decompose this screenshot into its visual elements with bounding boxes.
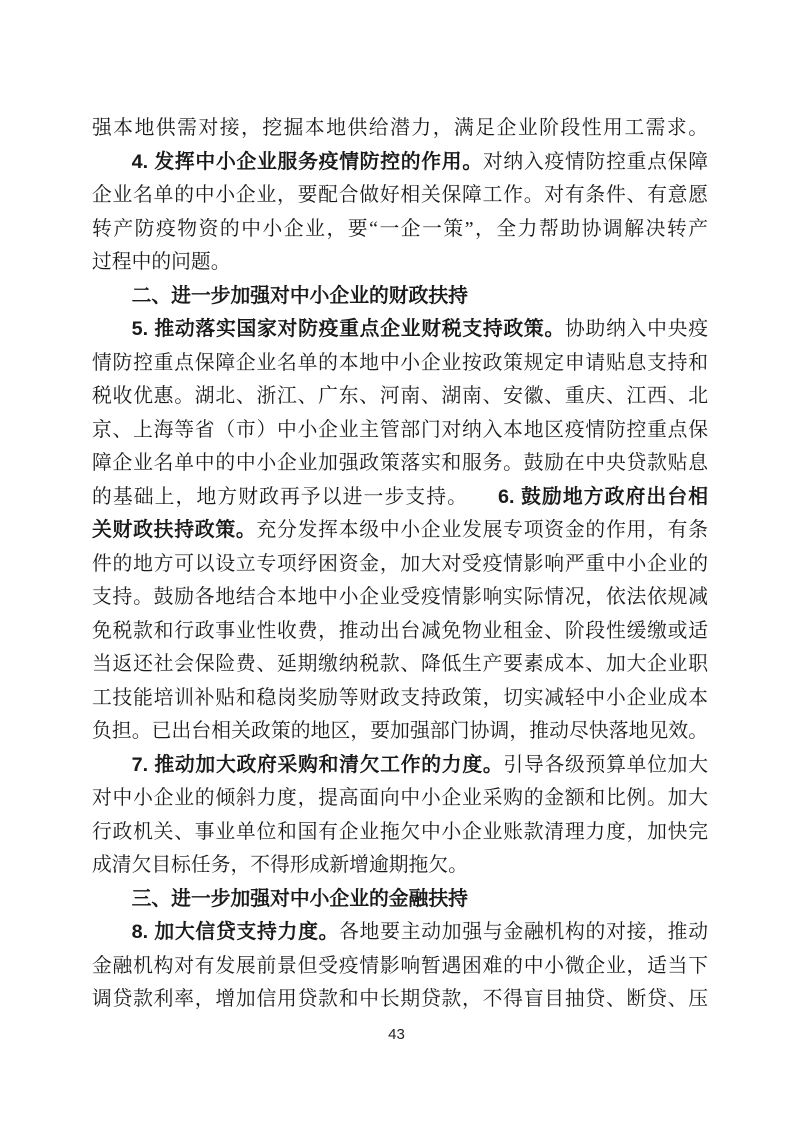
- body-text-segment: 情防控重点保障企业名单的本地中小企业按政策规定申请贴息支持和: [92, 352, 708, 374]
- text-line: 4. 发挥中小企业服务疫情防控的作用。对纳入疫情防控重点保障: [92, 146, 708, 180]
- text-line: 三、进一步加强对中小企业的金融扶持: [92, 883, 708, 917]
- body-text-segment: 工技能培训补贴和稳岗奖励等财政支持政策，切实减轻中小企业成本: [92, 687, 708, 709]
- body-text-segment: 调贷款利率，增加信用贷款和中长期贷款，不得盲目抽贷、断贷、压: [92, 988, 708, 1010]
- body-text-segment: 支持。鼓励各地结合本地中小企业受疫情影响实际情况，依法依规减: [92, 586, 708, 608]
- page-number: 43: [0, 1026, 793, 1043]
- text-line: 京、上海等省（市）中小企业主管部门对纳入本地区疫情防控重点保: [92, 414, 708, 448]
- body-text-segment: 京、上海等省（市）中小企业主管部门对纳入本地区疫情防控重点保: [92, 419, 708, 441]
- body-text-segment: 充分发挥本级中小企业发展专项资金的作用，有条: [256, 519, 708, 541]
- bold-text-segment: 关财政扶持政策。: [92, 519, 256, 541]
- body-text-segment: 企业名单的中小企业，要配合做好相关保障工作。对有条件、有意愿: [92, 184, 708, 206]
- text-line: 金融机构对有发展前景但受疫情影响暂遇困难的中小微企业，适当下: [92, 950, 708, 984]
- bold-text-segment: 4. 发挥中小企业服务疫情防控的作用。: [132, 151, 483, 173]
- body-text-segment: 当返还社会保险费、延期缴纳税款、降低生产要素成本、加大企业职: [92, 653, 708, 675]
- text-line: 行政机关、事业单位和国有企业拖欠中小企业账款清理力度，加快完: [92, 816, 708, 850]
- body-text-segment: 免税款和行政事业性收费，推动出台减免物业租金、阶段性缓缴或适: [92, 620, 708, 642]
- text-line: 关财政扶持政策。充分发挥本级中小企业发展专项资金的作用，有条: [92, 514, 708, 548]
- text-line: 情防控重点保障企业名单的本地中小企业按政策规定申请贴息支持和: [92, 347, 708, 381]
- body-text-segment: 转产防疫物资的中小企业，要“一企一策”，全力帮助协调解决转产: [92, 218, 708, 240]
- text-line: 强本地供需对接，挖掘本地供给潜力，满足企业阶段性用工需求。: [92, 112, 708, 146]
- text-line: 免税款和行政事业性收费，推动出台减免物业租金、阶段性缓缴或适: [92, 615, 708, 649]
- text-line: 成清欠目标任务，不得形成新增逾期拖欠。: [92, 849, 708, 883]
- body-text-segment: 行政机关、事业单位和国有企业拖欠中小企业账款清理力度，加快完: [92, 821, 708, 843]
- text-line: 转产防疫物资的中小企业，要“一企一策”，全力帮助协调解决转产: [92, 213, 708, 247]
- body-text-segment: 对中小企业的倾斜力度，提高面向中小企业采购的金额和比例。加大: [92, 787, 708, 809]
- bold-text-segment: 8. 加大信贷支持力度。: [132, 921, 340, 943]
- body-text-segment: 负担。已出台相关政策的地区，要加强部门协调，推动尽快落地见效。: [92, 720, 708, 742]
- text-line: 企业名单的中小企业，要配合做好相关保障工作。对有条件、有意愿: [92, 179, 708, 213]
- text-line: 支持。鼓励各地结合本地中小企业受疫情影响实际情况，依法依规减: [92, 581, 708, 615]
- body-text-segment: 件的地方可以设立专项纾困资金，加大对受疫情影响严重中小企业的: [92, 553, 708, 575]
- text-line: 当返还社会保险费、延期缴纳税款、降低生产要素成本、加大企业职: [92, 648, 708, 682]
- bold-text-segment: 二、进一步加强对中小企业的财政扶持: [132, 285, 468, 307]
- text-line: 税收优惠。湖北、浙江、广东、河南、湖南、安徽、重庆、江西、北: [92, 380, 708, 414]
- document-page: 强本地供需对接，挖掘本地供给潜力，满足企业阶段性用工需求。4. 发挥中小企业服务…: [0, 0, 793, 1121]
- body-text-segment: 引导各级预算单位加大: [503, 754, 708, 776]
- body-text-segment: 成清欠目标任务，不得形成新增逾期拖欠。: [92, 854, 468, 876]
- text-line: 过程中的问题。: [92, 246, 708, 280]
- text-line: 二、进一步加强对中小企业的财政扶持: [92, 280, 708, 314]
- text-line: 件的地方可以设立专项纾困资金，加大对受疫情影响严重中小企业的: [92, 548, 708, 582]
- body-text-segment: 协助纳入中央疫: [565, 318, 708, 340]
- inline-gap: [468, 502, 498, 503]
- text-line: 工技能培训补贴和稳岗奖励等财政支持政策，切实减轻中小企业成本: [92, 682, 708, 716]
- text-line: 负担。已出台相关政策的地区，要加强部门协调，推动尽快落地见效。: [92, 715, 708, 749]
- text-line: 8. 加大信贷支持力度。各地要主动加强与金融机构的对接，推动: [92, 916, 708, 950]
- body-text-segment: 的基础上，地方财政再予以进一步支持。: [92, 486, 468, 508]
- bold-text-segment: 5. 推动落实国家对防疫重点企业财税支持政策。: [132, 318, 565, 340]
- document-body: 强本地供需对接，挖掘本地供给潜力，满足企业阶段性用工需求。4. 发挥中小企业服务…: [92, 112, 708, 1017]
- body-text-segment: 金融机构对有发展前景但受疫情影响暂遇困难的中小微企业，适当下: [92, 955, 708, 977]
- bold-text-segment: 7. 推动加大政府采购和清欠工作的力度。: [132, 754, 504, 776]
- text-line: 5. 推动落实国家对防疫重点企业财税支持政策。协助纳入中央疫: [92, 313, 708, 347]
- body-text-segment: 障企业名单中的中小企业加强政策落实和服务。鼓励在中央贷款贴息: [92, 452, 708, 474]
- body-text-segment: 过程中的问题。: [92, 251, 230, 273]
- body-text-segment: 对纳入疫情防控重点保障: [483, 151, 708, 173]
- body-text-segment: 各地要主动加强与金融机构的对接，推动: [339, 921, 708, 943]
- body-text-segment: 强本地供需对接，挖掘本地供给潜力，满足企业阶段性用工需求。: [92, 117, 708, 139]
- bold-text-segment: 三、进一步加强对中小企业的金融扶持: [132, 888, 468, 910]
- text-line: 7. 推动加大政府采购和清欠工作的力度。引导各级预算单位加大: [92, 749, 708, 783]
- bold-text-segment: 6. 鼓励地方政府出台相: [498, 486, 708, 508]
- text-line: 的基础上，地方财政再予以进一步支持。6. 鼓励地方政府出台相: [92, 481, 708, 515]
- text-line: 障企业名单中的中小企业加强政策落实和服务。鼓励在中央贷款贴息: [92, 447, 708, 481]
- text-line: 对中小企业的倾斜力度，提高面向中小企业采购的金额和比例。加大: [92, 782, 708, 816]
- body-text-segment: 税收优惠。湖北、浙江、广东、河南、湖南、安徽、重庆、江西、北: [92, 385, 708, 407]
- text-line: 调贷款利率，增加信用贷款和中长期贷款，不得盲目抽贷、断贷、压: [92, 983, 708, 1017]
